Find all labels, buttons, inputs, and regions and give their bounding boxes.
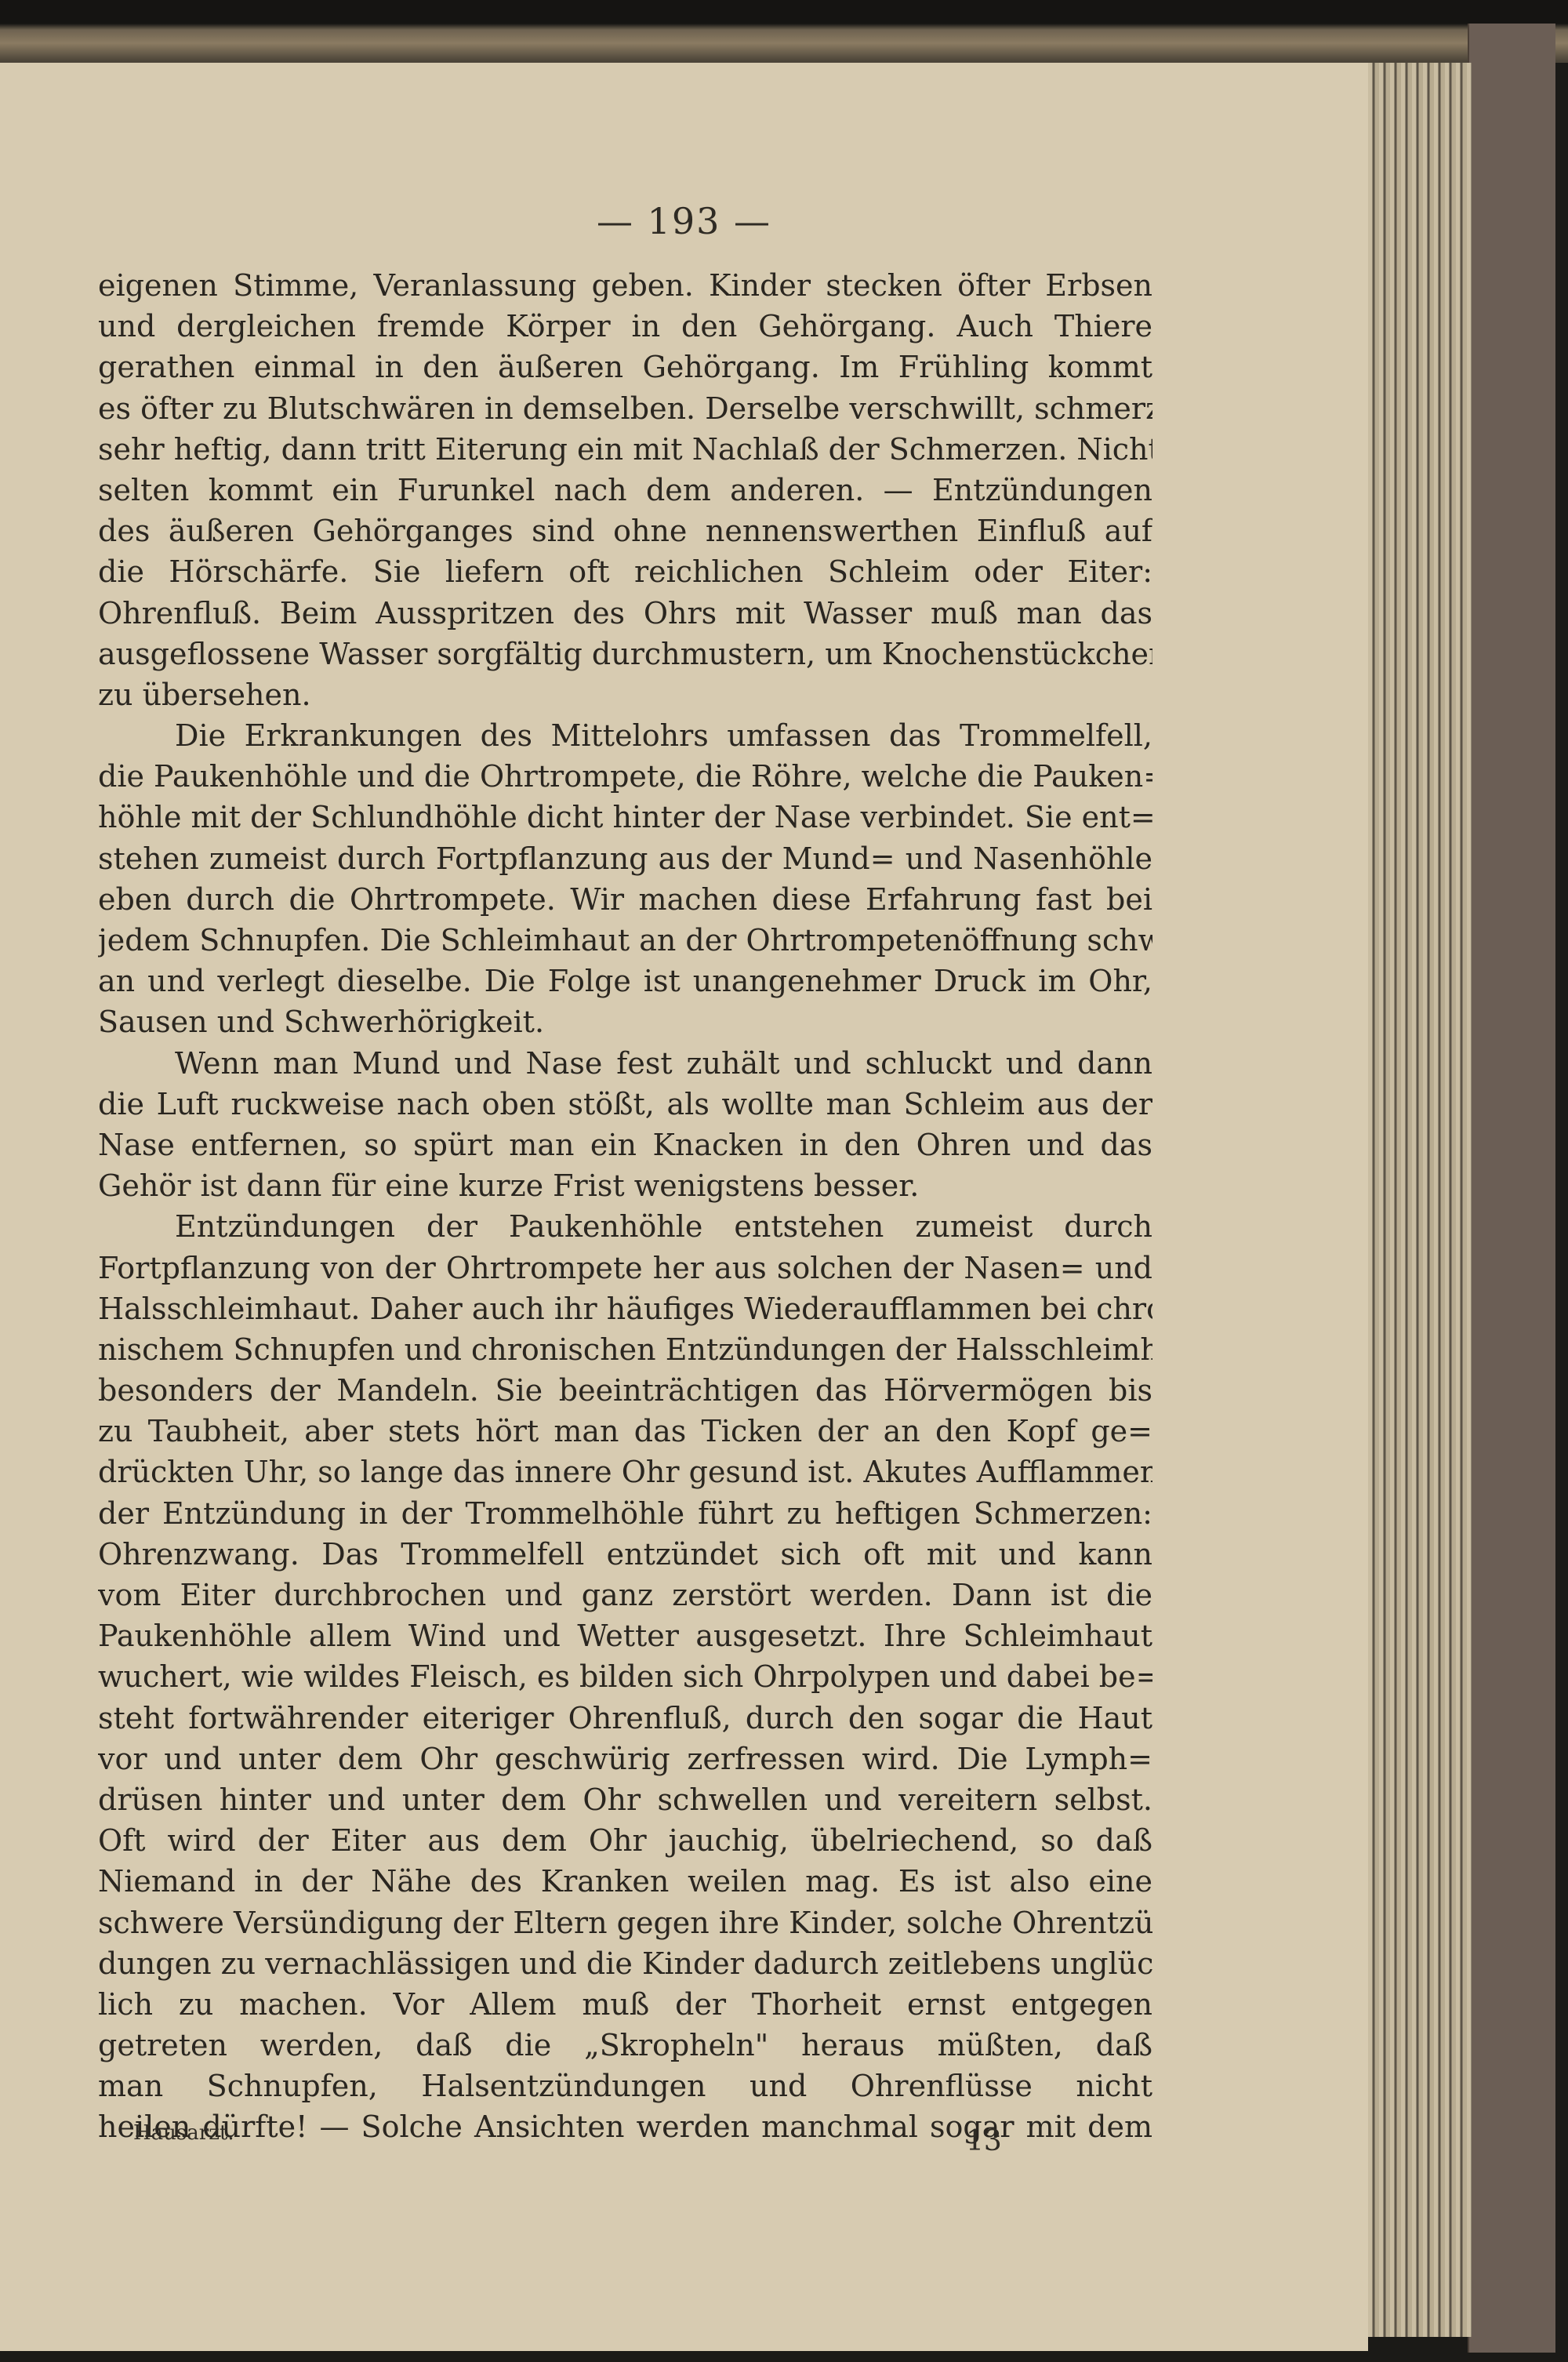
text-line: zu übersehen.: [98, 674, 1152, 715]
text-line: eigenen Stimme, Veranlassung geben. Kind…: [98, 265, 1152, 306]
footer-signature: Hausarzt.: [133, 2121, 234, 2145]
text-line: Halsschleimhaut. Daher auch ihr häufiges…: [98, 1288, 1152, 1329]
text-line: Gehör ist dann für eine kurze Frist weni…: [98, 1165, 1152, 1206]
text-line: Entzündungen der Paukenhöhle entstehen z…: [98, 1206, 1152, 1247]
book-top-edge: [0, 0, 1568, 63]
text-line: höhle mit der Schlundhöhle dicht hinter …: [98, 797, 1152, 838]
book-cover-cloth: [1468, 24, 1555, 2353]
text-line: Ohrenzwang. Das Trommelfell entzündet si…: [98, 1534, 1152, 1575]
text-line: vom Eiter durchbrochen und ganz zerstört…: [98, 1575, 1152, 1615]
text-line: getreten werden, daß die „Skropheln" her…: [98, 2025, 1152, 2066]
text-line: Niemand in der Nähe des Kranken weilen m…: [98, 1861, 1152, 1902]
text-line: es öfter zu Blutschwären in demselben. D…: [98, 388, 1152, 429]
footer-sheet-number: 13: [966, 2125, 1002, 2157]
text-line: wuchert, wie wildes Fleisch, es bilden s…: [98, 1656, 1152, 1697]
text-line: der Entzündung in der Trommelhöhle führt…: [98, 1493, 1152, 1534]
text-line: schwere Versündigung der Eltern gegen ih…: [98, 1902, 1152, 1943]
text-line: Nase entfernen, so spürt man ein Knacken…: [98, 1125, 1152, 1165]
text-line: gerathen einmal in den äußeren Gehörgang…: [98, 347, 1152, 387]
text-line: Wenn man Mund und Nase fest zuhält und s…: [98, 1043, 1152, 1084]
text-line: zu Taubheit, aber stets hört man das Tic…: [98, 1411, 1152, 1452]
text-line: man Schnupfen, Halsentzündungen und Ohre…: [98, 2066, 1152, 2106]
text-line: drüsen hinter und unter dem Ohr schwelle…: [98, 1779, 1152, 1820]
text-line: eben durch die Ohrtrompete. Wir machen d…: [98, 879, 1152, 920]
text-line: die Hörschärfe. Sie liefern oft reichlic…: [98, 551, 1152, 592]
text-line: und dergleichen fremde Körper in den Geh…: [98, 306, 1152, 347]
page-edges: [1368, 63, 1472, 2337]
text-line: an und verlegt dieselbe. Die Folge ist u…: [98, 961, 1152, 1001]
text-line: die Paukenhöhle und die Ohrtrompete, die…: [98, 756, 1152, 797]
text-line: nischem Schnupfen und chronischen Entzün…: [98, 1329, 1152, 1370]
text-line: vor und unter dem Ohr geschwürig zerfres…: [98, 1739, 1152, 1779]
page-number: — 193 —: [0, 200, 1368, 242]
text-line: Die Erkrankungen des Mittelohrs umfassen…: [98, 715, 1152, 756]
text-line: des äußeren Gehörganges sind ohne nennen…: [98, 511, 1152, 551]
text-line: sehr heftig, dann tritt Eiterung ein mit…: [98, 429, 1152, 470]
text-line: stehen zumeist durch Fortpflanzung aus d…: [98, 838, 1152, 879]
text-line: Sausen und Schwerhörigkeit.: [98, 1001, 1152, 1042]
text-line: lich zu machen. Vor Allem muß der Thorhe…: [98, 1984, 1152, 2025]
text-line: die Luft ruckweise nach oben stößt, als …: [98, 1084, 1152, 1125]
text-line: ausgeflossene Wasser sorgfältig durchmus…: [98, 634, 1152, 674]
text-line: steht fortwährender eiteriger Ohrenfluß,…: [98, 1698, 1152, 1739]
body-text: eigenen Stimme, Veranlassung geben. Kind…: [98, 265, 1152, 2148]
text-line: Paukenhöhle allem Wind und Wetter ausges…: [98, 1615, 1152, 1656]
text-line: Fortpflanzung von der Ohrtrompete her au…: [98, 1248, 1152, 1288]
text-line: drückten Uhr, so lange das innere Ohr ge…: [98, 1452, 1152, 1492]
text-line: jedem Schnupfen. Die Schleimhaut an der …: [98, 920, 1152, 961]
text-line: besonders der Mandeln. Sie beeinträchtig…: [98, 1370, 1152, 1411]
text-line: selten kommt ein Furunkel nach dem ander…: [98, 470, 1152, 511]
text-line: Oft wird der Eiter aus dem Ohr jauchig, …: [98, 1820, 1152, 1861]
text-line: dungen zu vernachlässigen und die Kinder…: [98, 1943, 1152, 1984]
text-line: Ohrenfluß. Beim Ausspritzen des Ohrs mit…: [98, 593, 1152, 634]
